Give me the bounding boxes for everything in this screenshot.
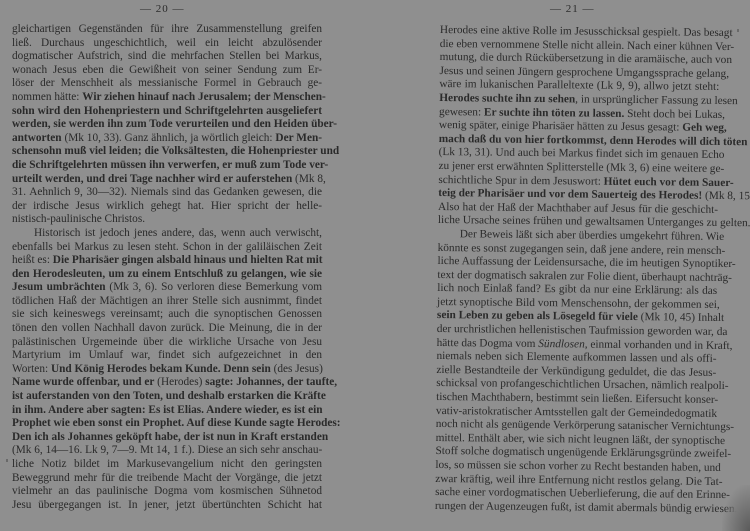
body-text: palästinischen Urgemeinde über die wirkl… — [12, 336, 322, 348]
body-text: Herodes eine aktive Rolle im Jesusschick… — [440, 24, 733, 39]
text-line: urteilt werden, und drei Tage nachher wi… — [12, 173, 322, 187]
bold-quote-text: Wir ziehen hinauf nach Jerusalem; der Me… — [82, 91, 326, 103]
text-line: löser der Menschheit als messianische Fo… — [12, 77, 322, 91]
body-text: (Mk 10, 45) Inhalt — [638, 312, 724, 325]
text-line: (Mk 6, 14—16. Lk 9, 7—9. Mt 14, 1 f.). D… — [12, 444, 322, 458]
body-text: nommen hätte: — [12, 91, 82, 103]
text-line: Worten: Und König Herodes bekam Kunde. D… — [12, 363, 322, 377]
body-text: Martyrium im Umlauf war, findet sich auf… — [12, 349, 322, 361]
body-text: zu jener erst erwähnten Splitterstelle (… — [438, 160, 724, 175]
text-line: wonach Jesus eben die Gewißheit von sein… — [12, 64, 322, 78]
bold-quote-text: sagte: Johannes, der taufte, — [205, 376, 337, 388]
body-text: nistisch-paulinische Christos. — [12, 213, 145, 225]
bold-quote-text: in ihm. Andere aber sagten: Es ist Elias… — [12, 404, 323, 416]
bold-quote-text: die Schriftgelehrten müssen ihn verwerfe… — [12, 159, 328, 171]
bold-quote-text: Den ich als Johannes geköpft habe, der i… — [12, 431, 328, 443]
text-line: Name wurde offenbar, und er (Herodes) sa… — [12, 376, 322, 390]
bold-quote-text: Jesum umbrächten — [12, 281, 106, 293]
body-text: ebenfalls bei Markus zu lesen steht. Sch… — [12, 241, 322, 253]
text-line: liche Notiz bildet im Markusevangelium n… — [12, 458, 322, 472]
text-line: in ihm. Andere aber sagten: Es ist Elias… — [12, 404, 322, 418]
text-line: tönen den vollen Nachhall davon zurück. … — [12, 322, 322, 336]
body-text: (Herodes) — [154, 376, 205, 388]
body-text: die eben vernommene Stelle nicht allein.… — [440, 38, 735, 53]
page-number-right: — 21 — — [550, 3, 595, 15]
text-line: den Herodesleuten, um zu einem Entschluß… — [12, 268, 322, 282]
body-text: Jesu übergegangen ist. In jener, jetzt ü… — [12, 499, 322, 511]
bold-quote-text: werden, sie werden ihn zum Tode verurtei… — [12, 118, 337, 130]
bold-quote-text: Und König Herodes bekam Kunde. Denn sein — [51, 363, 271, 375]
body-text: der irdische Jesus wirklich gehegt hat. … — [12, 200, 322, 212]
bold-quote-text: den Herodesleuten, um zu einem Entschluß… — [12, 268, 322, 280]
body-text: zielle Bestandteile der Verkündigung ged… — [436, 364, 716, 379]
text-line: der irdische Jesus wirklich gehegt hat. … — [12, 200, 322, 214]
body-text: lich noch Einlaß fand? Es gibt da nur ei… — [437, 282, 717, 297]
body-text: schichtliche Spur in dem Jesuswort: — [438, 174, 603, 188]
body-text: 31. Aehnlich 9, 30—32). Niemals sind das… — [12, 186, 322, 198]
body-text: los, so müssen sie schon vorher zu Recht… — [435, 459, 721, 474]
text-line: Jesu übergegangen ist. In jener, jetzt ü… — [12, 499, 322, 513]
body-text: wonach Jesus eben die Gewißheit von sein… — [12, 64, 322, 76]
bold-quote-text: teig der Pharisäer und vor dem Sauerteig… — [438, 187, 702, 202]
body-text: Historisch ist jedoch jenes andere, das,… — [34, 227, 322, 239]
body-text: der urchristlichen hellenistischen Taufm… — [437, 323, 728, 338]
text-line: 31. Aehnlich 9, 30—32). Niemals sind das… — [12, 186, 322, 200]
text-line: nommen hätte: Wir ziehen hinauf nach Jer… — [12, 91, 322, 105]
body-text: text der dogmatisch sakralen zur Folie d… — [437, 269, 732, 284]
body-text: ließ. Durchaus ungeschichtlich, weil ein… — [12, 37, 322, 49]
body-text: noch nicht als genügende Verkörperung sa… — [436, 418, 734, 433]
body-text: tönen den vollen Nachhall davon zurück. … — [12, 322, 322, 334]
text-line: Martyrium im Umlauf war, findet sich auf… — [12, 349, 322, 363]
body-text: jetzt synoptische Bild vom Menschensohn,… — [437, 296, 720, 311]
body-text: gewesen: — [439, 106, 484, 118]
body-text: (Mk 10, 33). Ganz ähnlich, ja wörtlich g… — [62, 132, 276, 144]
bold-quote-text: schensohn muß viel leiden; die Volksälte… — [12, 145, 339, 157]
body-text: wäre im lukanischen Paralleltexte (Lk 9,… — [439, 78, 719, 93]
page-number-left: — 20 — — [140, 3, 185, 15]
body-text: tischen Machthabern, bestimmt sein ließe… — [436, 391, 718, 406]
body-text: mittel. Enthält aber, wie sich nicht leu… — [436, 432, 726, 447]
body-text: liche Auffassung der Leidensursache, die… — [437, 255, 735, 270]
bold-quote-text: Herodes suchte ihn zu sehen — [439, 92, 575, 105]
left-page-body: gleichartigen Gegenständen für ihre Zusa… — [12, 23, 322, 512]
body-text: vativ-aristokratischer Amtsstellen galt … — [436, 405, 717, 420]
text-line: tödlichen Haß der Mächtigen an ihrer Ste… — [12, 295, 322, 309]
text-line: gleichartigen Gegenständen für ihre Zusa… — [12, 23, 322, 37]
body-text: dogmatischer Aufstrich, sind die mehrfac… — [12, 50, 322, 62]
italic-text: Sündlosen — [538, 338, 585, 350]
scan-smudge — [722, 485, 750, 531]
body-text: mutung, die durch Rückübersetzung in die… — [440, 51, 732, 66]
bold-quote-text: antworten — [12, 132, 62, 144]
text-line: werden, sie werden ihn zum Tode verurtei… — [12, 118, 322, 132]
body-text: Der Beweis läßt sich aber überdies umgek… — [460, 228, 725, 243]
text-line: nistisch-paulinische Christos. — [12, 213, 322, 227]
body-text: (des Jesus) — [271, 363, 323, 375]
text-line: Prophet wie eben sonst ein Prophet. Auf … — [12, 417, 322, 431]
bold-quote-text: sein Leben zu geben als Lösegeld für vie… — [437, 309, 638, 323]
text-line: ist auferstanden von den Toten, und desh… — [12, 390, 322, 404]
body-text: Steht doch bei Lukas, — [624, 107, 725, 120]
body-text: sie sich keineswegs vereinsamt; auch die… — [12, 308, 322, 320]
body-text: , in ursprünglicher Fassung zu lesen — [575, 93, 738, 107]
body-text: gleichartigen Gegenständen für ihre Zusa… — [12, 23, 322, 35]
right-page: — 21 — Herodes eine aktive Rolle im Jesu… — [375, 0, 750, 531]
bold-quote-text: urteilt werden, und drei Tage nachher wi… — [12, 173, 292, 185]
text-line: dogmatischer Aufstrich, sind die mehrfac… — [12, 50, 322, 64]
bold-quote-text: ist auferstanden von den Toten, und desh… — [12, 390, 326, 402]
right-page-body: Herodes eine aktive Rolle im Jesusschick… — [435, 24, 720, 516]
body-text: niemals neben sich Elemente aufkommen la… — [436, 350, 716, 365]
bold-quote-text: Hütet euch vor dem Sauer- — [604, 175, 734, 188]
left-page: — 20 — gleichartigen Gegenständen für ih… — [0, 0, 375, 531]
body-text: tödlichen Haß der Mächtigen an ihrer Ste… — [12, 295, 322, 307]
bold-quote-text: sohn wird den Hohenpriestern und Schrift… — [12, 105, 322, 117]
body-text: zwar kräftig, weil ihre Entfernung nicht… — [435, 473, 722, 488]
text-line: rungen der Augenzeugen fußt, ist damit a… — [435, 500, 715, 517]
text-line: antworten (Mk 10, 33). Ganz ähnlich, ja … — [12, 132, 322, 146]
scan-speck — [6, 459, 8, 462]
body-text: wenig später, einige Pharisäer hätten zu… — [439, 119, 682, 134]
text-line: die Schriftgelehrten müssen ihn verwerfe… — [12, 159, 322, 173]
body-text: (Mk 8, 15). — [702, 190, 750, 203]
text-line: palästinischen Urgemeinde über die wirkl… — [12, 336, 322, 350]
body-text: sache einer vordogmatischen Ueberlieferu… — [435, 486, 730, 501]
text-line: heißt es: Die Pharisäer gingen alsbald h… — [12, 254, 322, 268]
text-line: ebenfalls bei Markus zu lesen steht. Sch… — [12, 241, 322, 255]
body-text: Jesus und seinen Jüngern gesprochene Umg… — [439, 65, 729, 80]
bold-quote-text: Der Men- — [275, 132, 322, 144]
text-line: Historisch ist jedoch jenes andere, das,… — [12, 227, 322, 241]
body-text: könnte es sonst zugegangen sein, daß jen… — [438, 241, 726, 256]
bold-quote-text: mach daß du von hier fortkommst, denn He… — [439, 133, 748, 148]
text-line: schensohn muß viel leiden; die Volksälte… — [12, 145, 322, 159]
text-line: Den ich als Johannes geköpft habe, der i… — [12, 431, 322, 445]
body-text: Stoff solche dogmatisch ungenügende Erkl… — [435, 445, 731, 460]
body-text: (Mk 6, 14—16. Lk 9, 7—9. Mt 14, 1 f.). D… — [12, 444, 322, 456]
bold-quote-text: Die Pharisäer gingen alsbald hinaus und … — [53, 254, 323, 266]
bold-quote-text: Prophet wie eben sonst ein Prophet. Auf … — [12, 417, 341, 429]
body-text: löser der Menschheit als messianische Fo… — [12, 77, 322, 89]
body-text: (Mk 3, 6). So verloren diese Bemerkung v… — [106, 281, 322, 293]
bold-quote-text: Er suchte ihn töten zu lassen. — [484, 106, 625, 119]
body-text: rungen der Augenzeugen fußt, ist damit a… — [435, 500, 738, 515]
bold-quote-text: Geh weg, — [682, 122, 727, 134]
text-line: sohn wird den Hohenpriestern und Schrift… — [12, 105, 322, 119]
body-text: liche Notiz bildet im Markusevangelium n… — [12, 458, 322, 470]
body-text: (Mk 8, — [292, 173, 326, 185]
body-text: hätte das Dogma vom — [437, 337, 539, 350]
body-text: vielmehr an das paulinische Dogma vom ko… — [12, 485, 322, 497]
body-text: (Lk 13, 31). Und auch bei Markus findet … — [439, 146, 725, 161]
book-spread: — 20 — gleichartigen Gegenständen für ih… — [0, 0, 750, 531]
bold-quote-text: Name wurde offenbar, und er — [12, 376, 154, 388]
text-line: sie sich keineswegs vereinsamt; auch die… — [12, 308, 322, 322]
text-line: Jesum umbrächten (Mk 3, 6). So verloren … — [12, 281, 322, 295]
body-text: schicksal von profangeschichtlichen Ursa… — [436, 377, 728, 392]
body-text: Worten: — [12, 363, 51, 375]
text-line: ließ. Durchaus ungeschichtlich, weil ein… — [12, 37, 322, 51]
text-line: Beweggrund mehr für die treibende Macht … — [12, 472, 322, 486]
body-text: , einmal vorhanden und in Kraft, — [585, 338, 733, 352]
body-text: Also hat der Haß der Machthaber auf Jesu… — [438, 201, 718, 216]
scan-speck — [737, 29, 739, 32]
body-text: liche Ursache seines frühen und gewaltsa… — [438, 214, 750, 229]
text-line: vielmehr an das paulinische Dogma vom ko… — [12, 485, 322, 499]
body-text: heißt es: — [12, 254, 53, 266]
body-text: Beweggrund mehr für die treibende Macht … — [12, 472, 322, 484]
